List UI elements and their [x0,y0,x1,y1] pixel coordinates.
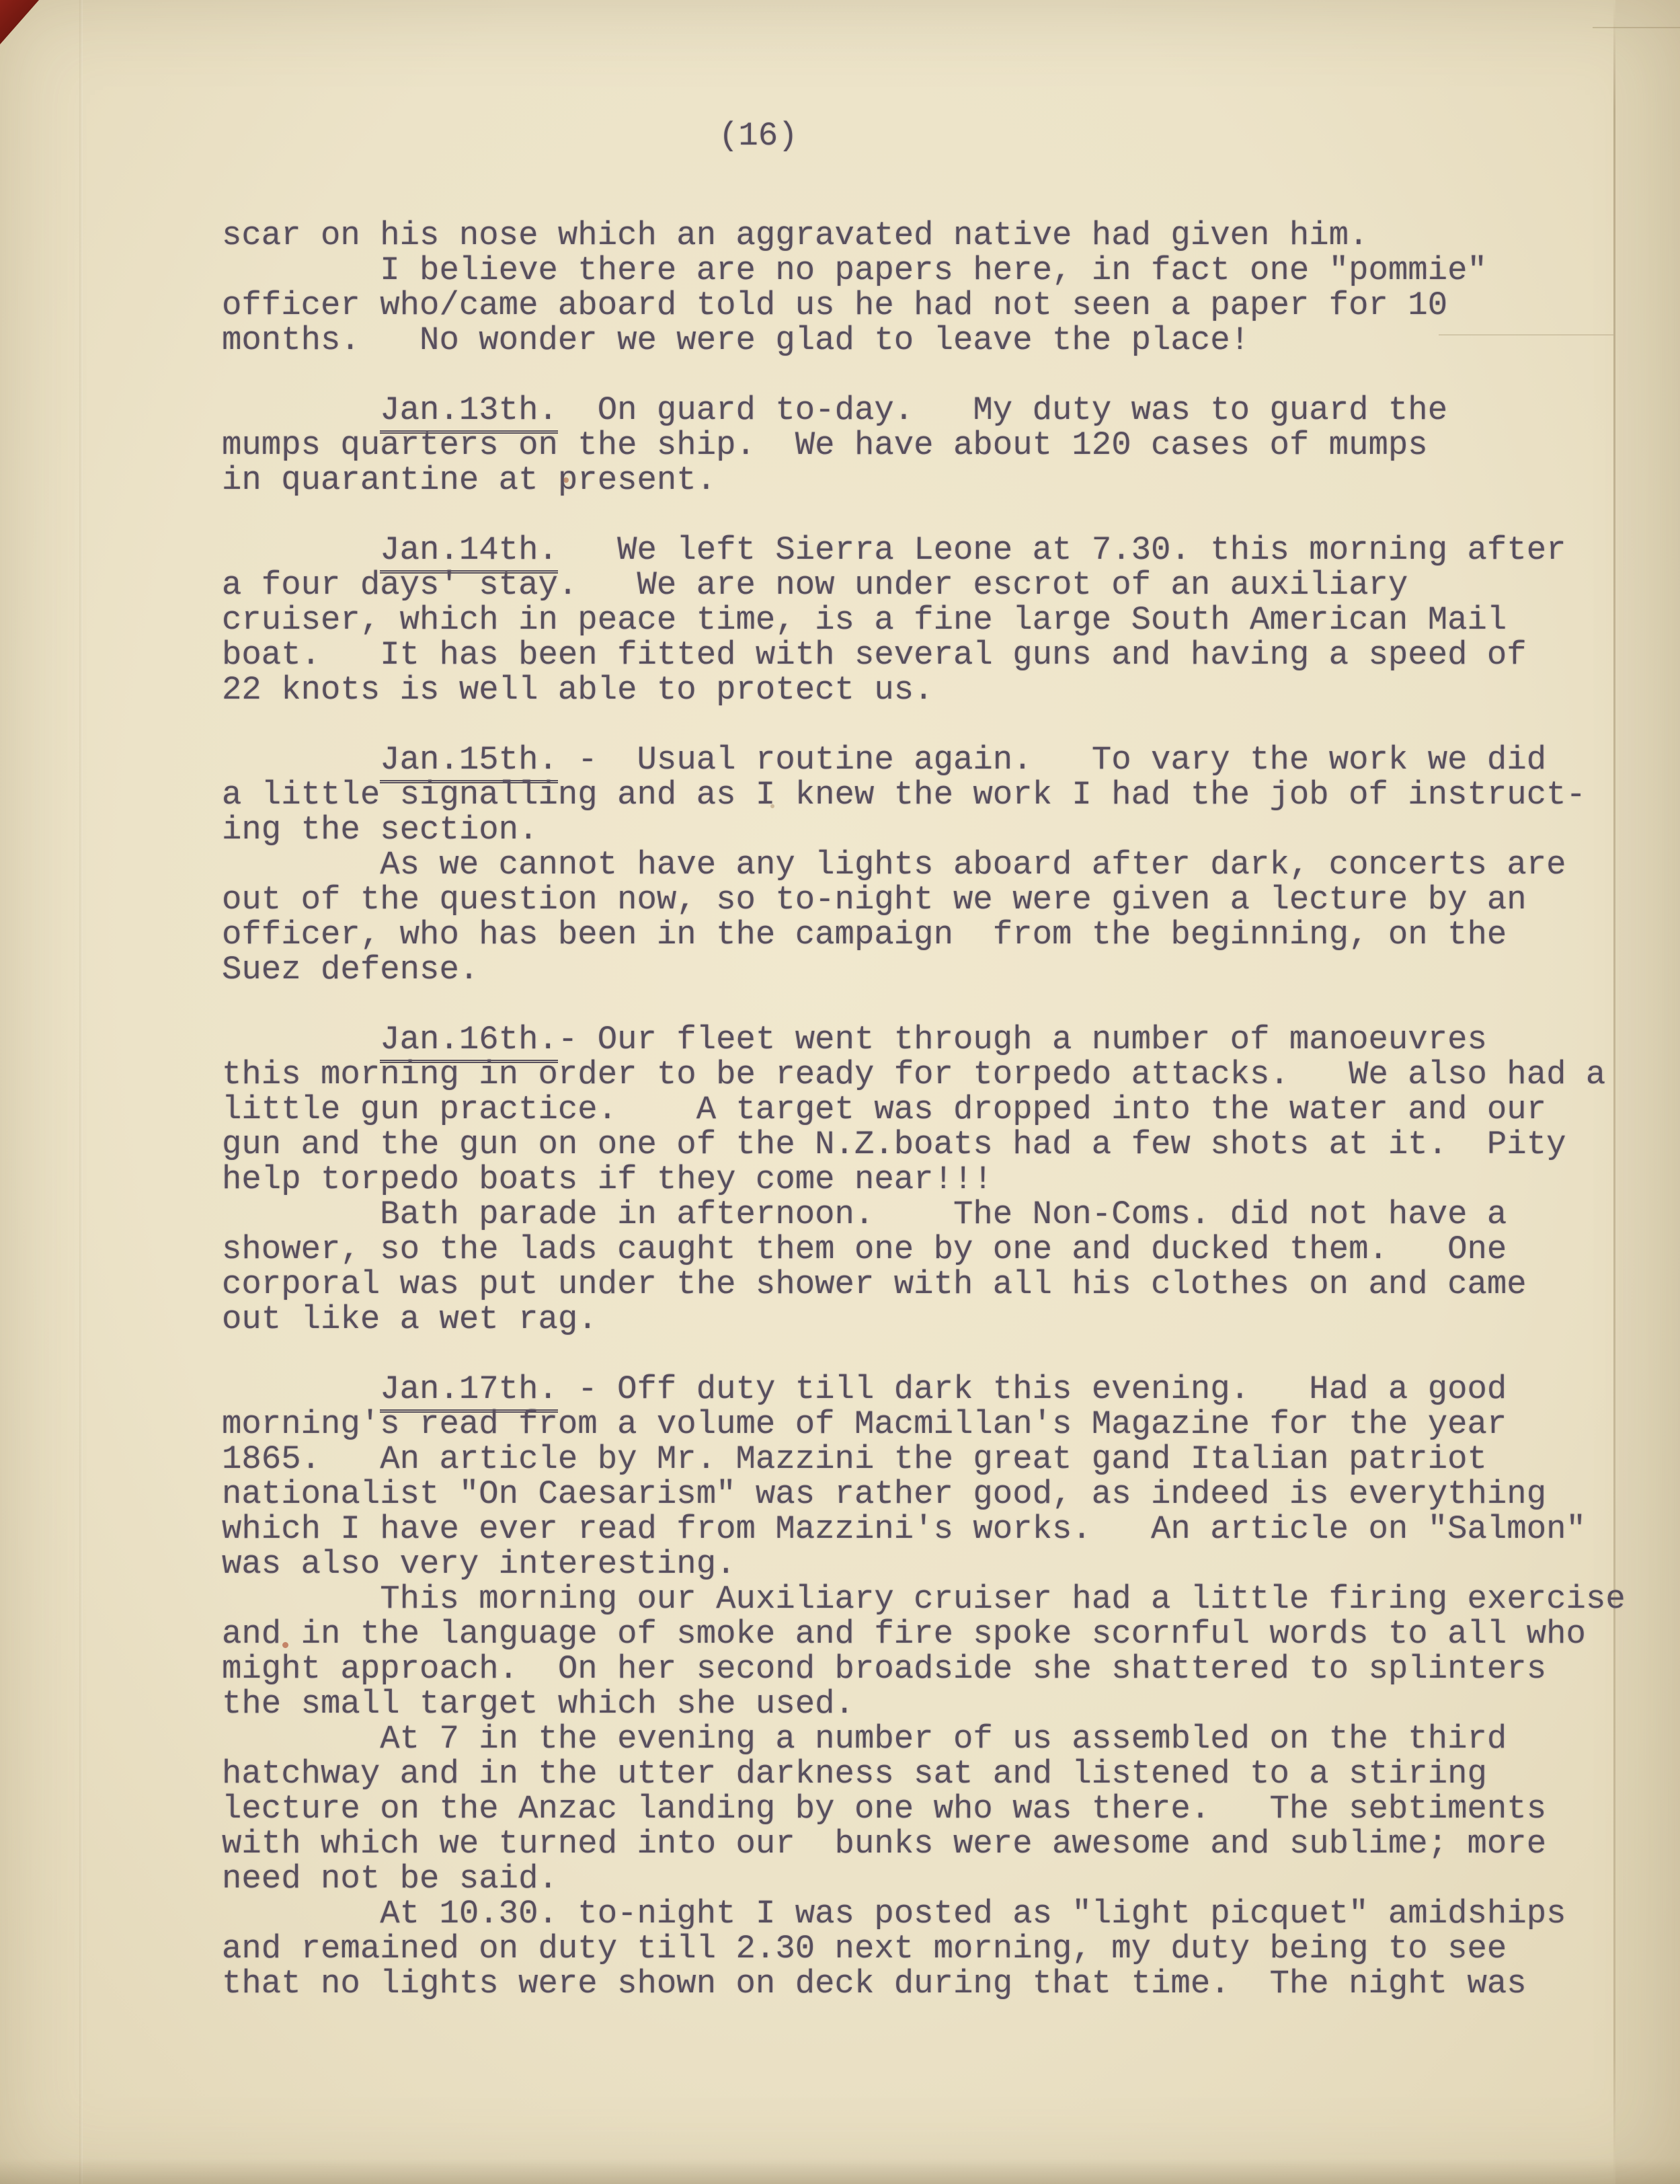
page-number: (16) [719,118,798,153]
diary-line: Jan.16th.- Our fleet went through a numb… [222,1022,1626,1057]
diary-line: Jan.15th. - Usual routine again. To vary… [222,742,1626,777]
diary-line: might approach. On her second broadside … [222,1651,1626,1686]
entry-first-line-text: - Off duty till dark this evening. Had a… [558,1370,1507,1408]
line-indent [222,1370,380,1408]
diary-line: in quarantine at present. [222,463,1626,498]
diary-line: 1865. An article by Mr. Mazzini the grea… [222,1442,1626,1477]
top-right-edge-line [1593,27,1680,28]
diary-entry-jan-14: Jan.14th. We left Sierra Leone at 7.30. … [222,533,1626,707]
diary-line: Suez defense. [222,952,1626,987]
diary-entry-jan-15: Jan.15th. - Usual routine again. To vary… [222,742,1626,987]
entry-first-line-text: - Usual routine again. To vary the work … [558,741,1546,779]
diary-line: scar on his nose which an aggravated nat… [222,218,1626,253]
diary-line: this morning in order to be ready for to… [222,1057,1626,1092]
diary-entry-continuation: scar on his nose which an aggravated nat… [222,218,1626,358]
diary-line: Jan.13th. On guard to-day. My duty was t… [222,393,1626,428]
diary-line: hatchway and in the utter darkness sat a… [222,1756,1626,1791]
diary-line: officer, who has been in the campaign fr… [222,917,1626,952]
diary-line: that no lights were shown on deck during… [222,1966,1626,2001]
diary-line: help torpedo boats if they come near!!! [222,1162,1626,1197]
diary-line: This morning our Auxiliary cruiser had a… [222,1582,1626,1616]
diary-entry-jan-16: Jan.16th.- Our fleet went through a numb… [222,1022,1626,1337]
diary-line: a four days' stay. We are now under escr… [222,568,1626,602]
diary-line: and remained on duty till 2.30 next morn… [222,1931,1626,1966]
diary-line: a little signalling and as I knew the wo… [222,777,1626,812]
scanned-diary-page: (16) scar on his nose which an aggravate… [0,0,1680,2184]
line-indent [222,1021,380,1058]
diary-line: little gun practice. A target was droppe… [222,1092,1626,1127]
diary-entry-jan-13: Jan.13th. On guard to-day. My duty was t… [222,393,1626,498]
diary-line: ing the section. [222,812,1626,847]
diary-line: gun and the gun on one of the N.Z.boats … [222,1127,1626,1162]
diary-line: boat. It has been fitted with several gu… [222,637,1626,672]
diary-line: out of the question now, so to-night we … [222,882,1626,917]
diary-line: Jan.17th. - Off duty till dark this even… [222,1372,1626,1407]
diary-line: mumps quarters on the ship. We have abou… [222,428,1626,463]
diary-line: months. No wonder we were glad to leave … [222,323,1626,358]
diary-line: As we cannot have any lights aboard afte… [222,847,1626,882]
left-crease [79,0,83,2184]
diary-line: which I have ever read from Mazzini's wo… [222,1512,1626,1547]
diary-line: with which we turned into our bunks were… [222,1826,1626,1861]
diary-line: lecture on the Anzac landing by one who … [222,1791,1626,1826]
line-indent [222,531,380,569]
diary-line: At 10.30. to-night I was posted as "ligh… [222,1896,1626,1931]
bottom-edge-shadow [0,2158,1680,2184]
diary-line: Bath parade in afternoon. The Non-Coms. … [222,1197,1626,1232]
diary-entry-jan-17: Jan.17th. - Off duty till dark this even… [222,1372,1626,2001]
diary-line: At 7 in the evening a number of us assem… [222,1721,1626,1756]
diary-line: out like a wet rag. [222,1302,1626,1337]
diary-line: Jan.14th. We left Sierra Leone at 7.30. … [222,533,1626,568]
diary-line: shower, so the lads caught them one by o… [222,1232,1626,1267]
diary-line: nationalist "On Caesarism" was rather go… [222,1477,1626,1512]
entry-first-line-text: - Our fleet went through a number of man… [558,1021,1487,1058]
diary-line: I believe there are no papers here, in f… [222,253,1626,288]
diary-line: the small target which she used. [222,1686,1626,1721]
diary-line: cruiser, which in peace time, is a fine … [222,602,1626,637]
red-corner-mark [0,0,39,44]
diary-line: officer who/came aboard told us he had n… [222,288,1626,323]
diary-text-block: scar on his nose which an aggravated nat… [222,218,1626,2001]
diary-line: and in the language of smoke and fire sp… [222,1616,1626,1651]
diary-line: need not be said. [222,1861,1626,1896]
line-indent [222,741,380,779]
entry-first-line-text: We left Sierra Leone at 7.30. this morni… [558,531,1566,569]
diary-line: morning's read from a volume of Macmilla… [222,1407,1626,1442]
line-indent [222,391,380,429]
entry-first-line-text: On guard to-day. My duty was to guard th… [558,391,1447,429]
diary-line: corporal was put under the shower with a… [222,1267,1626,1302]
diary-line: was also very interesting. [222,1547,1626,1582]
diary-line: 22 knots is well able to protect us. [222,672,1626,707]
